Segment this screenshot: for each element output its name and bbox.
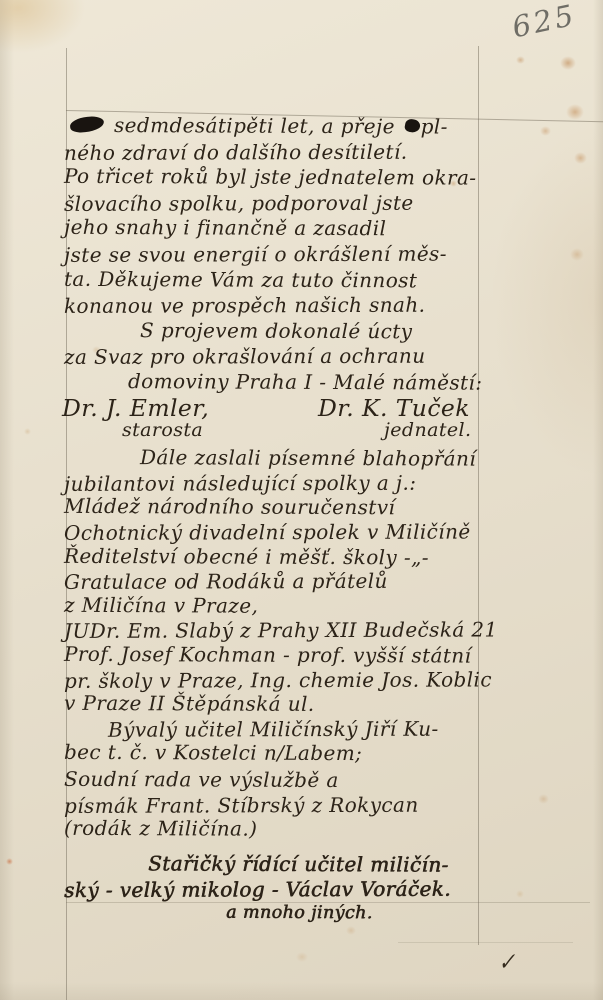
ink-blot xyxy=(404,118,421,133)
manuscript-line: Gratulace od Rodáků a přátelů xyxy=(64,568,599,594)
manuscript-line: bec t. č. v Kostelci n/Labem; xyxy=(64,740,599,767)
manuscript-line: Prof. Josef Kochman - prof. vyšší státní xyxy=(64,642,599,669)
signature-left: Dr. J. Emler,starosta xyxy=(62,396,209,440)
manuscript-line: Ředitelství obecné i měšť. školy -„- xyxy=(64,543,599,570)
manuscript-line: a mnoho jiných. xyxy=(64,900,599,927)
manuscript-line: písmák Frant. Stíbrský z Rokycan xyxy=(64,792,599,818)
manuscript-line: domoviny Praha I - Malé náměstí: xyxy=(64,369,599,397)
signature-role: jednatel. xyxy=(318,420,471,440)
manuscript-line: ský - velký mikolog - Václav Voráček. xyxy=(64,876,599,903)
paragraph: sedmdesátipěti let, a přeje pl-ného zdra… xyxy=(64,114,599,319)
signature-right: Dr. K. Tučekjednatel. xyxy=(318,396,471,440)
manuscript-line: šlovacího spolku, podporoval jste xyxy=(64,190,599,217)
manuscript-line: Stařičký řídící učitel miličín- xyxy=(64,851,599,878)
manuscript-line: Soudní rada ve výslužbě a xyxy=(64,767,599,794)
manuscript-line: (rodák z Miličína.) xyxy=(64,816,599,843)
page-number: 625 xyxy=(509,0,579,44)
ink-blot xyxy=(69,115,104,133)
manuscript-line: Bývalý učitel Miličínský Jiří Ku- xyxy=(64,716,599,742)
manuscript-page: 625 sedmdesátipěti let, a přeje pl-ného … xyxy=(0,0,603,1000)
manuscript-line: JUDr. Em. Slabý z Prahy XII Budečská 21 xyxy=(64,617,599,643)
manuscript-line: ta. Děkujeme Vám za tuto činnost xyxy=(64,266,599,294)
manuscript-line: Ochotnický divadelní spolek v Miličíně xyxy=(64,519,599,545)
paragraph: Dále zaslali písemné blahopřáníjubilanto… xyxy=(64,446,599,766)
signature-name: Dr. K. Tuček xyxy=(318,396,471,420)
manuscript-line: sedmdesátipěti let, a přeje pl- xyxy=(64,113,599,141)
margin-line-bottom2 xyxy=(398,942,573,943)
manuscript-line: Mládež národního souručenství xyxy=(64,494,599,521)
manuscript-line: Po třicet roků byl jste jednatelem okra- xyxy=(64,164,599,192)
signature-name: Dr. J. Emler, xyxy=(62,396,209,420)
manuscript-line: jubilantovi následující spolky a j.: xyxy=(64,470,599,496)
signature-row: Dr. J. Emler,starostaDr. K. Tučekjednate… xyxy=(64,396,599,440)
manuscript-line: v Praze II Štěpánská ul. xyxy=(64,691,599,718)
check-mark: ✓ xyxy=(498,948,516,975)
manuscript-line: konanou ve prospěch našich snah. xyxy=(64,292,599,319)
manuscript-line: S projevem dokonalé úcty xyxy=(64,318,599,346)
manuscript-text: sedmdesátipěti let, a přeje pl-ného zdra… xyxy=(64,114,599,926)
manuscript-line: pr. školy v Praze, Ing. chemie Jos. Kobl… xyxy=(64,667,599,693)
paragraph: Stařičký řídící učitel miličín-ský - vel… xyxy=(64,852,599,926)
manuscript-line: jeho snahy i finančně a zasadil xyxy=(64,215,599,243)
manuscript-line: jste se svou energií o okrášlení měs- xyxy=(64,241,599,268)
paragraph: S projevem dokonalé úctyza Svaz pro okra… xyxy=(64,319,599,396)
manuscript-line: ného zdraví do dalšího desítiletí. xyxy=(64,139,599,166)
manuscript-line: Dále zaslali písemné blahopřání xyxy=(64,445,599,472)
manuscript-line: z Miličína v Praze, xyxy=(64,593,599,620)
signature-role: starosta xyxy=(62,420,209,440)
paragraph: Soudní rada ve výslužbě apísmák Frant. S… xyxy=(64,768,599,842)
manuscript-line: za Svaz pro okrašlování a ochranu xyxy=(64,343,599,370)
